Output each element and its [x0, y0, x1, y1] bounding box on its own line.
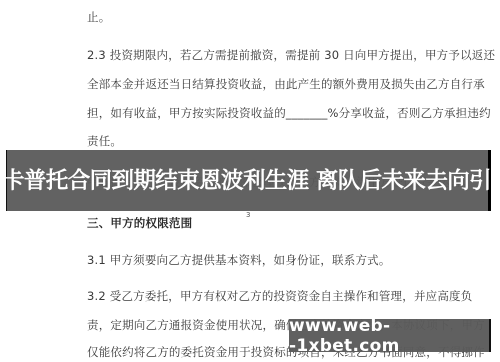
doc-line: 3.1 甲方须要向乙方提供基本资料，如身份证，联系方式。	[87, 252, 391, 268]
watermark-box: www.web--1xbet.com	[289, 319, 491, 352]
doc-line: 止。	[87, 9, 110, 25]
doc-line: 责任。	[87, 133, 122, 149]
doc-line: 2.3 投资期限内，若乙方需提前撤资，需提前 30 日向甲方提出，甲方予以返还	[87, 47, 495, 63]
page-number: 3	[246, 211, 250, 219]
doc-line: 担，如有收益，甲方按实际投资收益的_______%分享收益，否则乙方承担违约	[87, 105, 491, 121]
watermark-text: www.web--1xbet.com	[289, 319, 489, 352]
section-heading: 三、甲方的权限范围	[87, 215, 192, 231]
doc-line: 全部本金并返还当日结算投资收益，由此产生的额外费用及损失由乙方自行承	[87, 76, 485, 92]
headline-title: 卡普托合同到期结束恩波利生涯 离队后未来去向引关注	[2, 166, 498, 196]
doc-line: 3.2 受乙方委托，甲方有权对乙方的投资资金自主操作和管理，并应高度负	[87, 288, 472, 304]
